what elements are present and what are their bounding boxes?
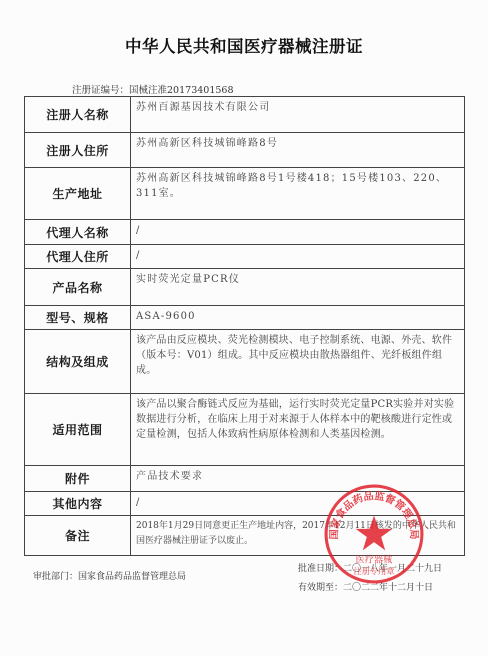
registration-number-label: 注册证编号： — [72, 85, 129, 96]
field-value: / — [131, 492, 465, 516]
field-label: 产品名称 — [25, 269, 131, 306]
field-label: 其他内容 — [25, 492, 131, 516]
registration-number-value: 国械注准20173401568 — [129, 85, 234, 96]
field-label: 代理人名称 — [25, 220, 131, 245]
field-value: 苏州百源基因技术有限公司 — [131, 97, 465, 133]
row-structure: 结构及组成 该产品由反应模块、荧光检测模块、电子控制系统、电源、外壳、软件（版本… — [25, 330, 465, 394]
field-value: / — [131, 245, 465, 269]
certificate-table: 注册人名称 苏州百源基因技术有限公司 注册人住所 苏州高新区科技城锦峰路8号 生… — [24, 96, 465, 556]
valid-until: 有效期至：二〇二二年十二月十日 — [298, 579, 442, 598]
approval-date: 批准日期：二〇一八年一月二十九日 — [298, 560, 442, 579]
field-label: 注册人名称 — [25, 97, 131, 133]
field-label: 适用范围 — [25, 394, 131, 466]
field-value: 苏州高新区科技城锦峰路8号1号楼418；15号楼103、220、311室。 — [131, 168, 465, 220]
field-label: 备注 — [25, 516, 131, 556]
field-label: 附件 — [25, 466, 131, 492]
field-value: 2018年1月29日同意更正生产地址内容，2017年12月11日核发的中华人民共… — [131, 516, 465, 556]
field-value: 实时荧光定量PCR仪 — [131, 269, 465, 306]
row-model-spec: 型号、规格 ASA-9600 — [25, 306, 465, 330]
field-value: / — [131, 220, 465, 245]
field-value: 产品技术要求 — [131, 466, 465, 492]
row-other: 其他内容 / — [25, 492, 465, 516]
footer-dates: 批准日期：二〇一八年一月二十九日 有效期至：二〇二二年十二月十日 — [298, 560, 442, 598]
document-title: 中华人民共和国医疗器械注册证 — [0, 33, 488, 57]
row-attachment: 附件 产品技术要求 — [25, 466, 465, 492]
field-label: 代理人住所 — [25, 245, 131, 269]
row-remarks: 备注 2018年1月29日同意更正生产地址内容，2017年12月11日核发的中华… — [25, 516, 465, 556]
row-agent-address: 代理人住所 / — [25, 245, 465, 269]
field-value: 苏州高新区科技城锦峰路8号 — [131, 133, 465, 168]
field-value: 该产品由反应模块、荧光检测模块、电子控制系统、电源、外壳、软件（版本号：V01）… — [131, 330, 465, 394]
row-agent-name: 代理人名称 / — [25, 220, 465, 245]
field-label: 结构及组成 — [25, 330, 131, 394]
row-production-address: 生产地址 苏州高新区科技城锦峰路8号1号楼418；15号楼103、220、311… — [25, 168, 465, 220]
field-value: 该产品以聚合酶链式反应为基础，运行实时荧光定量PCR实验并对实验数据进行分析，在… — [131, 394, 465, 466]
row-scope: 适用范围 该产品以聚合酶链式反应为基础，运行实时荧光定量PCR实验并对实验数据进… — [25, 394, 465, 466]
field-label: 生产地址 — [25, 168, 131, 220]
field-value: ASA-9600 — [131, 306, 465, 330]
registration-number: 注册证编号：国械注准20173401568 — [72, 82, 234, 96]
row-product-name: 产品名称 实时荧光定量PCR仪 — [25, 269, 465, 306]
row-registrant-address: 注册人住所 苏州高新区科技城锦峰路8号 — [25, 133, 465, 168]
approval-department: 审批部门：国家食品药品监督管理总局 — [33, 569, 186, 582]
field-label: 型号、规格 — [25, 306, 131, 330]
row-registrant-name: 注册人名称 苏州百源基因技术有限公司 — [25, 97, 465, 133]
field-label: 注册人住所 — [25, 133, 131, 168]
